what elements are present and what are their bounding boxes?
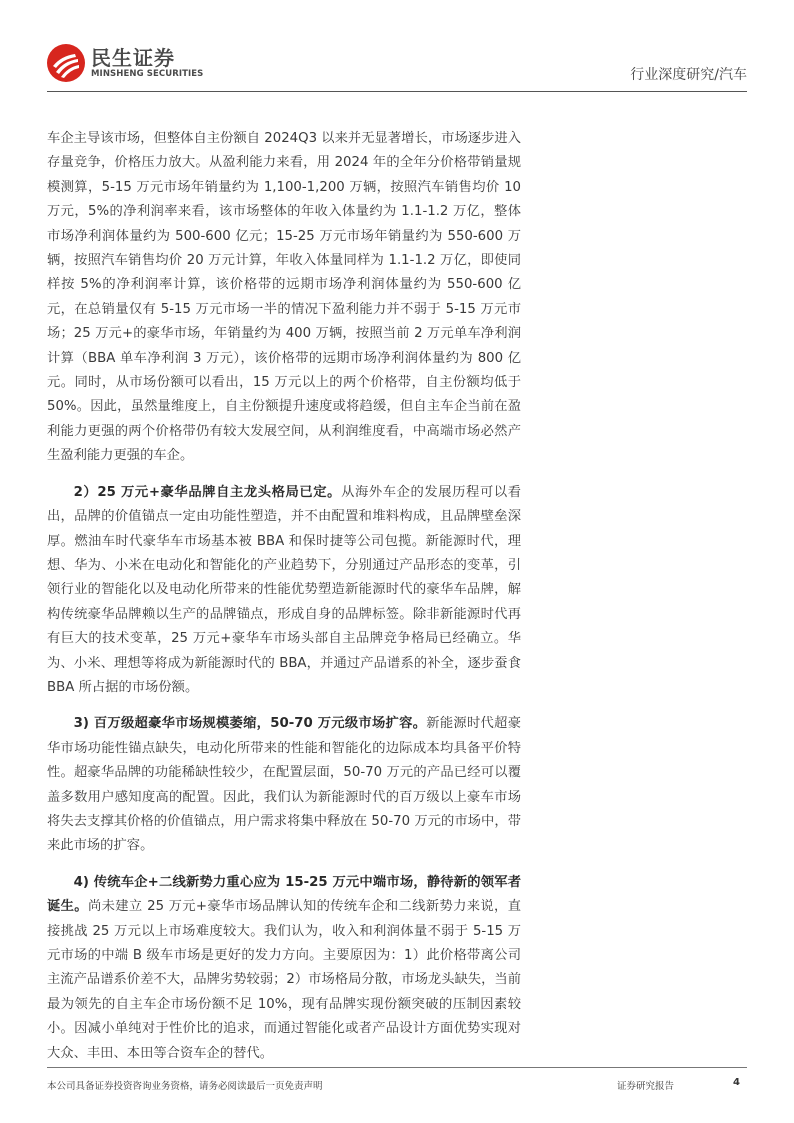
header-divider	[47, 91, 747, 92]
footer-disclaimer: 本公司具备证券投资咨询业务资格，请务必阅读最后一页免责声明	[47, 1078, 323, 1092]
logo-english-name: MINSHENG SECURITIES	[91, 69, 203, 80]
footer-report-type: 证券研究报告	[617, 1078, 674, 1092]
footer-divider	[47, 1067, 747, 1068]
paragraph-text: 从海外车企的发展历程可以看出，品牌的价值锚点一定由功能性塑造，并不由配置和堆料构…	[47, 485, 521, 695]
page-header: 民生证券 MINSHENG SECURITIES 行业深度研究/汽车	[47, 44, 747, 92]
paragraph-luxury-brands: 2）25 万元+豪华品牌自主龙头格局已定。从海外车企的发展历程可以看出，品牌的价…	[47, 481, 521, 701]
paragraph-heading: 2）25 万元+豪华品牌自主龙头格局已定。	[74, 485, 341, 500]
paragraph-mid-market: 4) 传统车企+二线新势力重心应为 15-25 万元中端市场，静待新的领军者诞生…	[47, 871, 521, 1066]
paragraph-heading: 3) 百万级超豪华市场规模萎缩，50-70 万元级市场扩容。	[74, 716, 427, 731]
minsheng-logo-icon	[47, 44, 85, 82]
paragraph-profitability-analysis: 车企主导该市场，但整体自主份额自 2024Q3 以来并无显著增长，市场逐步进入存…	[47, 127, 521, 469]
paragraph-text: 新能源时代超豪华市场功能性锚点缺失，电动化所带来的性能和智能化的边际成本均具备平…	[47, 716, 521, 853]
company-logo: 民生证券 MINSHENG SECURITIES	[47, 44, 203, 82]
report-body: 车企主导该市场，但整体自主份额自 2024Q3 以来并无显著增长，市场逐步进入存…	[47, 127, 521, 1078]
paragraph-text: 尚未建立 25 万元+豪华市场品牌认知的传统车企和二线新势力来说，直接挑战 25…	[47, 899, 521, 1060]
logo-chinese-name: 民生证券	[91, 47, 203, 69]
paragraph-super-luxury-market: 3) 百万级超豪华市场规模萎缩，50-70 万元级市场扩容。新能源时代超豪华市场…	[47, 712, 521, 858]
report-category: 行业深度研究/汽车	[630, 64, 747, 84]
page-number: 4	[733, 1077, 740, 1088]
